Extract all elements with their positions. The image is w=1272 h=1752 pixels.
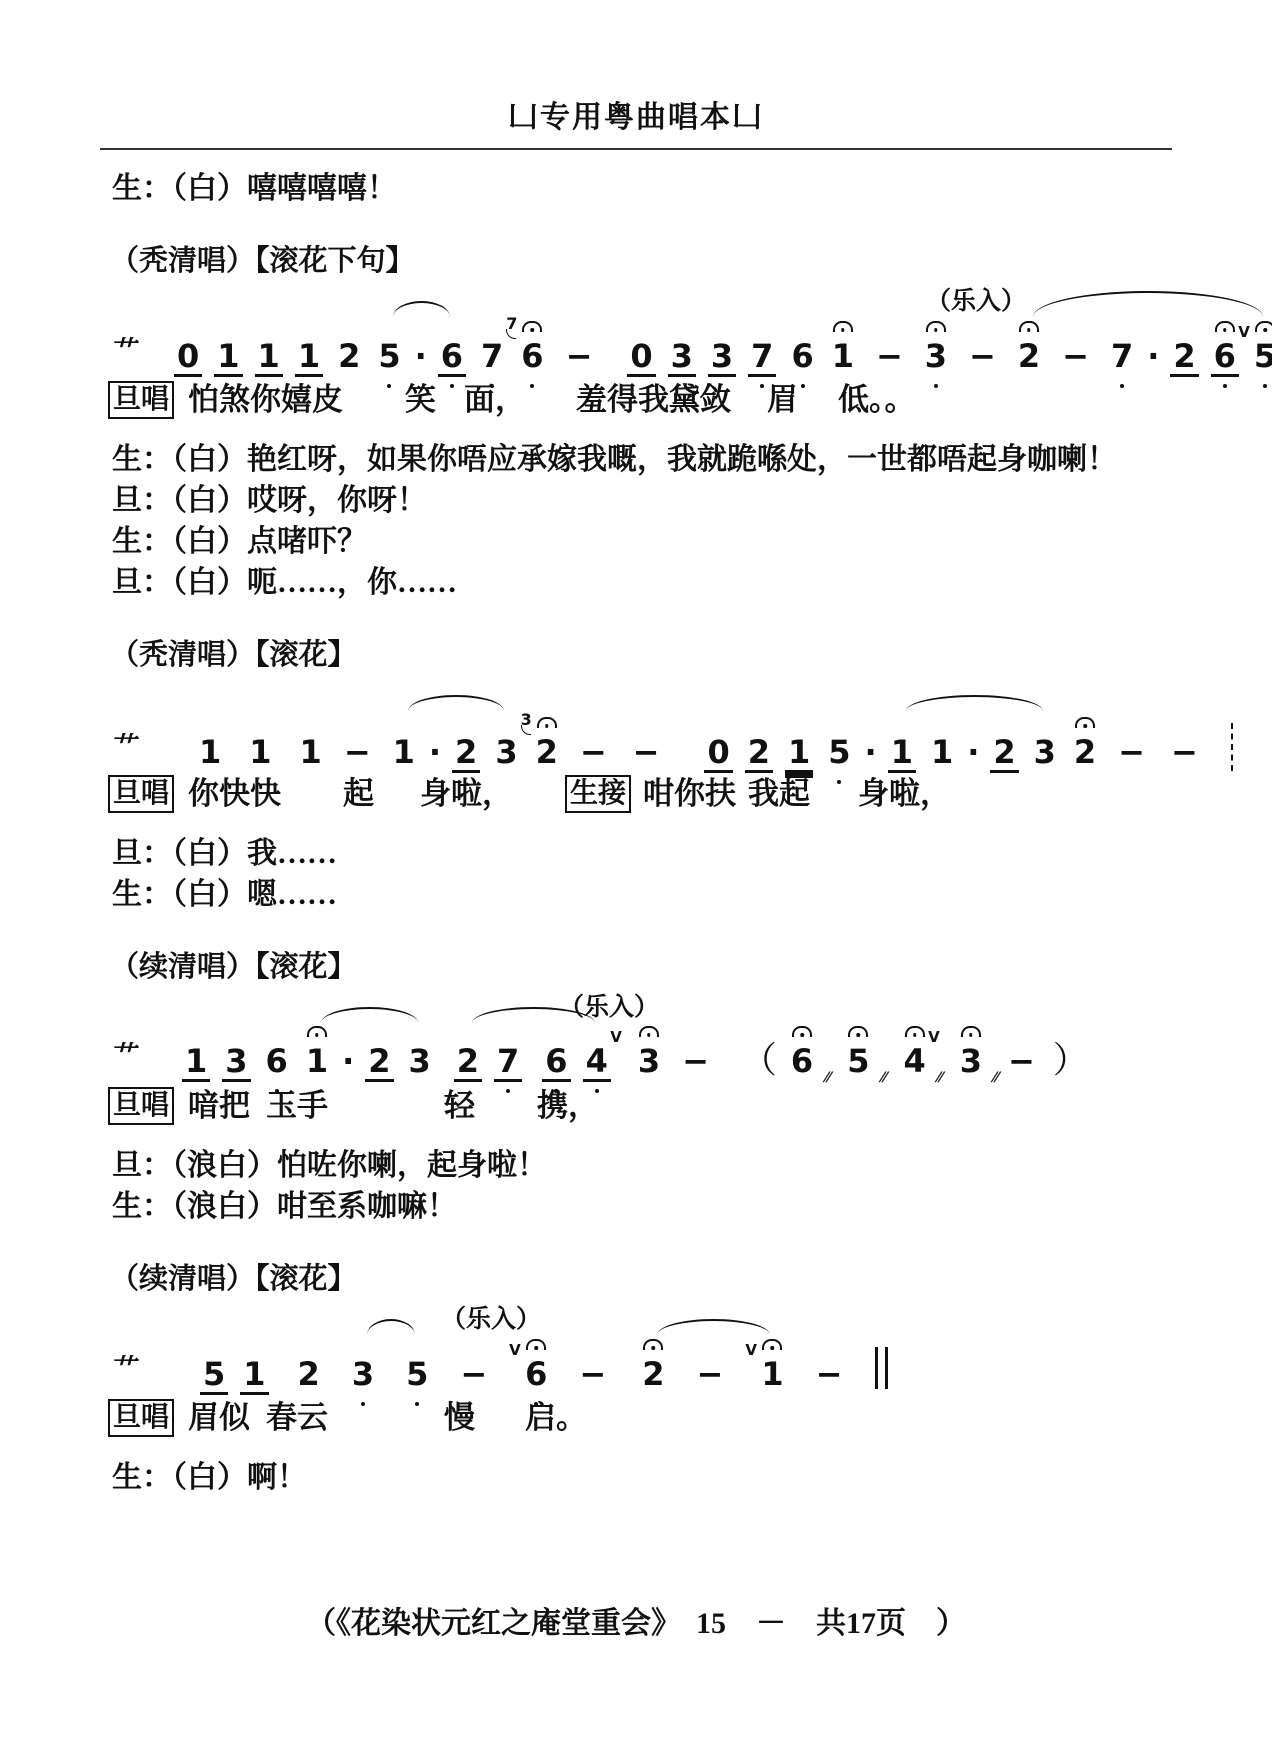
note: 0 — [704, 736, 732, 773]
notation-line: 艹011125·6767−033761−3−2−7·26V5−（乐入） — [112, 279, 1272, 379]
lyric-segment: 怕煞你嬉皮 — [188, 379, 343, 421]
tremolo-slashes: ∕∕ — [822, 1071, 832, 1084]
note: 1 — [303, 1045, 331, 1082]
lyric-line: 旦唱喑把玉手轻携， — [108, 1085, 1272, 1127]
note: 23 — [533, 736, 561, 773]
note: 7 — [478, 340, 506, 377]
note: 1V — [758, 1358, 786, 1395]
tremolo-slashes: ∕∕ — [990, 1071, 1000, 1084]
note: ） — [1050, 1043, 1092, 1084]
note: 6V — [522, 1358, 550, 1395]
note: 1 — [785, 736, 813, 773]
fermata-icon — [848, 1026, 868, 1037]
note: 2 — [454, 1045, 482, 1082]
note: 5 — [403, 1358, 431, 1395]
note: − — [813, 1358, 846, 1395]
notation-line: 艹1361·232764V3−（6∕∕5∕∕4V∕∕3∕∕−）（乐入） — [112, 985, 1272, 1085]
note: 2 — [639, 1358, 667, 1395]
role-tag: 旦唱 — [108, 381, 174, 419]
note: 3 — [222, 1045, 250, 1082]
barline-double — [875, 1347, 888, 1389]
note: 6 — [438, 340, 466, 377]
note: − — [577, 736, 610, 773]
note: − — [630, 736, 663, 773]
dialog-line: 生：（浪白）咁至系咖嘛！ — [112, 1188, 1152, 1226]
note: 2 — [1170, 340, 1198, 377]
note: − — [563, 340, 596, 377]
note: − — [679, 1045, 712, 1082]
octave-dot — [534, 1402, 538, 1406]
note: 1 — [295, 340, 323, 377]
fermata-icon — [905, 1026, 925, 1037]
songbook-page: 凵专用粤曲唱本凵 生：（白）嘻嘻嘻嘻！（秃清唱）【滚花下句】艹011125·67… — [0, 0, 1272, 1752]
page-header: 凵专用粤曲唱本凵 — [0, 92, 1272, 136]
dialog-line: 生：（白）嘻嘻嘻嘻！ — [112, 170, 1152, 208]
note: − — [966, 340, 999, 377]
music-entry-annotation: （乐入） — [441, 1299, 541, 1335]
dialog-line: 生：（白）艳红呀，如果你唔应承嫁我嘅，我就跪喺处，一世都唔起身咖喇！ — [112, 441, 1152, 479]
note: 5 — [375, 340, 403, 377]
role-tag: 旦唱 — [108, 1399, 174, 1437]
note: 3 — [922, 340, 950, 377]
note: 1 — [297, 736, 325, 773]
note: · — [412, 340, 430, 377]
note: 1 — [196, 736, 224, 773]
lyric-segment: 起 — [343, 773, 374, 815]
breath-mark: V — [1238, 325, 1250, 340]
octave-dot — [361, 1402, 365, 1406]
note: − — [341, 736, 374, 773]
note: 1 — [829, 340, 857, 377]
note: 3∕∕ — [957, 1045, 985, 1082]
note: − — [694, 1358, 727, 1395]
dialog-line: 旦：（白）我…… — [112, 835, 1152, 873]
note: 2 — [1071, 736, 1099, 773]
note: 67 — [518, 340, 546, 377]
note: 0 — [627, 340, 655, 377]
barline-dashed — [1231, 723, 1233, 771]
slur-arc — [367, 1319, 415, 1335]
dialog-line: 旦：（浪白）怕咗你喇，起身啦！ — [112, 1147, 1152, 1185]
octave-dot — [837, 780, 841, 784]
note: 4V — [583, 1045, 611, 1082]
octave-dot — [801, 384, 805, 388]
breath-mark: V — [509, 1343, 521, 1358]
note: − — [873, 340, 906, 377]
lyric-segment: 春云 — [266, 1397, 328, 1439]
octave-dot — [490, 384, 494, 388]
fermata-icon — [926, 321, 946, 332]
note: 3 — [492, 736, 520, 773]
note: 5 — [1251, 340, 1272, 377]
note: − — [576, 1358, 609, 1395]
role-tag: 生接 — [565, 775, 631, 813]
notation-line: 艹111−1·2323−−0215·11·232−− — [112, 673, 1272, 773]
lyric-segment: 咁你扶 — [643, 773, 736, 815]
note: − — [1115, 736, 1148, 773]
slur-arc — [408, 695, 504, 711]
tempo-free-mark: 艹 — [107, 1035, 142, 1072]
note: 1 — [240, 1358, 268, 1395]
note: − — [1005, 1045, 1038, 1082]
section-label: （续清唱）【滚花】 — [110, 944, 1272, 985]
lyric-segment: 轻 — [444, 1085, 475, 1127]
tempo-free-mark: 艹 — [107, 1348, 142, 1385]
note: 3 — [668, 340, 696, 377]
note: 1 — [182, 1045, 210, 1082]
lyric-line: 旦唱眉似春云慢启。 — [108, 1397, 1272, 1439]
fermata-icon — [1075, 717, 1095, 728]
note: 6 — [263, 1045, 291, 1082]
role-tag: 旦唱 — [108, 775, 174, 813]
octave-dot — [1120, 384, 1124, 388]
slur-arc — [1033, 291, 1263, 317]
octave-dot — [1263, 384, 1267, 388]
fermata-icon — [526, 1339, 546, 1350]
octave-dot — [530, 384, 534, 388]
fermata-icon — [307, 1026, 327, 1037]
fermata-icon — [792, 1026, 812, 1037]
note: · — [339, 1045, 357, 1082]
note: 2 — [335, 340, 363, 377]
note: 6 — [788, 340, 816, 377]
note: 1 — [255, 340, 283, 377]
lyric-segment: 携， — [537, 1085, 599, 1127]
grace-note: 3 — [521, 712, 532, 728]
footer-text: （《花染状元红之庵堂重会》 15 － 共17页 ） — [306, 1607, 966, 1640]
note: 7 — [1108, 340, 1136, 377]
breath-mark: V — [745, 1343, 757, 1358]
octave-dot — [760, 384, 764, 388]
dialog-line: 生：（白）点啫吓？ — [112, 523, 1152, 561]
note: − — [457, 1358, 490, 1395]
lyric-segment: 笑 — [405, 379, 436, 421]
note: · — [964, 736, 982, 773]
note: 1 — [246, 736, 274, 773]
note: 7 — [494, 1045, 522, 1082]
fermata-icon — [1255, 321, 1272, 332]
section-label: （续清唱）【滚花】 — [110, 1256, 1272, 1297]
note: 1 — [888, 736, 916, 773]
note: 6V — [1211, 340, 1239, 377]
note: 3 — [1031, 736, 1059, 773]
note: 2 — [745, 736, 773, 773]
tremolo-slashes: ∕∕ — [934, 1071, 944, 1084]
music-entry-annotation: （乐入） — [926, 281, 1026, 317]
lyric-segment: 眉 — [767, 379, 798, 421]
section-label: （秃清唱）【滚花下句】 — [110, 238, 1272, 279]
note: 1 — [928, 736, 956, 773]
note: 2 — [365, 1045, 393, 1082]
header-rule — [100, 148, 1172, 150]
fermata-icon — [537, 717, 557, 728]
note: （ — [738, 1043, 780, 1084]
note: 6 — [542, 1045, 570, 1082]
lyric-segment: 慢 — [444, 1397, 475, 1439]
octave-dot — [934, 384, 938, 388]
octave-dot — [387, 384, 391, 388]
lyric-segment: 身啦， — [858, 773, 951, 815]
octave-dot — [554, 1089, 558, 1093]
octave-dot — [1223, 384, 1227, 388]
lyric-segment: 你快快 — [188, 773, 281, 815]
note: 5 — [825, 736, 853, 773]
note: 1 — [214, 340, 242, 377]
note: 5∕∕ — [844, 1045, 872, 1082]
note: · — [1144, 340, 1162, 377]
section-label: （秃清唱）【滚花】 — [110, 632, 1272, 673]
note: 3 — [349, 1358, 377, 1395]
slur-arc — [906, 695, 1043, 711]
slur-arc — [393, 301, 450, 317]
lyric-segment: 面， — [464, 379, 526, 421]
octave-dot — [212, 1402, 216, 1406]
note: 2 — [990, 736, 1018, 773]
slur-arc — [321, 1007, 418, 1023]
note: 2 — [1015, 340, 1043, 377]
lyric-segment: 低。。 — [838, 379, 916, 421]
grace-note: 7 — [506, 316, 517, 332]
breath-mark: V — [610, 1030, 622, 1045]
breath-mark: V — [928, 1030, 940, 1045]
octave-dot — [595, 1089, 599, 1093]
lyric-segment: 身啦， — [420, 773, 513, 815]
tempo-free-mark: 艹 — [107, 726, 142, 763]
lyric-segment: 眉似 — [188, 1397, 250, 1439]
fermata-icon — [1215, 321, 1235, 332]
note: 6∕∕ — [788, 1045, 816, 1082]
fermata-icon — [833, 321, 853, 332]
note: 2 — [452, 736, 480, 773]
note: 2 — [295, 1358, 323, 1395]
notation-line: 艹51235−6V−2−1V−（乐入） — [112, 1297, 1272, 1397]
header-title: 凵专用粤曲唱本凵 — [508, 101, 764, 134]
note: 4V∕∕ — [900, 1045, 928, 1082]
note: 3 — [406, 1045, 434, 1082]
lyric-line: 旦唱怕煞你嬉皮笑面，羞得我黛敛眉低。。 — [108, 379, 1272, 421]
note: 0 — [174, 340, 202, 377]
octave-dot — [506, 1089, 510, 1093]
page-footer: （《花染状元红之庵堂重会》 15 － 共17页 ） — [0, 1598, 1272, 1642]
octave-dot — [415, 1402, 419, 1406]
lyric-segment: 我起 — [748, 773, 810, 815]
score-content: 生：（白）嘻嘻嘻嘻！（秃清唱）【滚花下句】艹011125·6767−033761… — [0, 170, 1272, 1497]
fermata-icon — [1019, 321, 1039, 332]
dialog-line: 生：（白）啊！ — [112, 1459, 1152, 1497]
fermata-icon — [522, 321, 542, 332]
lyric-segment: 羞得我黛敛 — [576, 379, 731, 421]
note: 3 — [708, 340, 736, 377]
note: · — [862, 736, 880, 773]
note: 7 — [748, 340, 776, 377]
note: 5 — [200, 1358, 228, 1395]
fermata-icon — [961, 1026, 981, 1037]
lyric-line: 旦唱你快快起身啦，生接咁你扶我起身啦， — [108, 773, 1272, 815]
fermata-icon — [643, 1339, 663, 1350]
note: − — [1059, 340, 1092, 377]
note: · — [426, 736, 444, 773]
tremolo-slashes: ∕∕ — [878, 1071, 888, 1084]
dialog-line: 旦：（白）呃……，你…… — [112, 564, 1152, 602]
tempo-free-mark: 艹 — [107, 330, 142, 367]
dialog-line: 生：（白）嗯…… — [112, 876, 1152, 914]
slur-arc — [657, 1319, 770, 1335]
octave-dot — [450, 384, 454, 388]
note: 1 — [390, 736, 418, 773]
note: 3 — [635, 1045, 663, 1082]
fermata-icon — [639, 1026, 659, 1037]
role-tag: 旦唱 — [108, 1087, 174, 1125]
fermata-icon — [762, 1339, 782, 1350]
lyric-segment: 喑把 — [188, 1085, 250, 1127]
dialog-line: 旦：（白）哎呀，你呀！ — [112, 482, 1152, 520]
music-entry-annotation: （乐入） — [559, 987, 659, 1023]
note: − — [1168, 736, 1201, 773]
octave-dot — [275, 1089, 279, 1093]
